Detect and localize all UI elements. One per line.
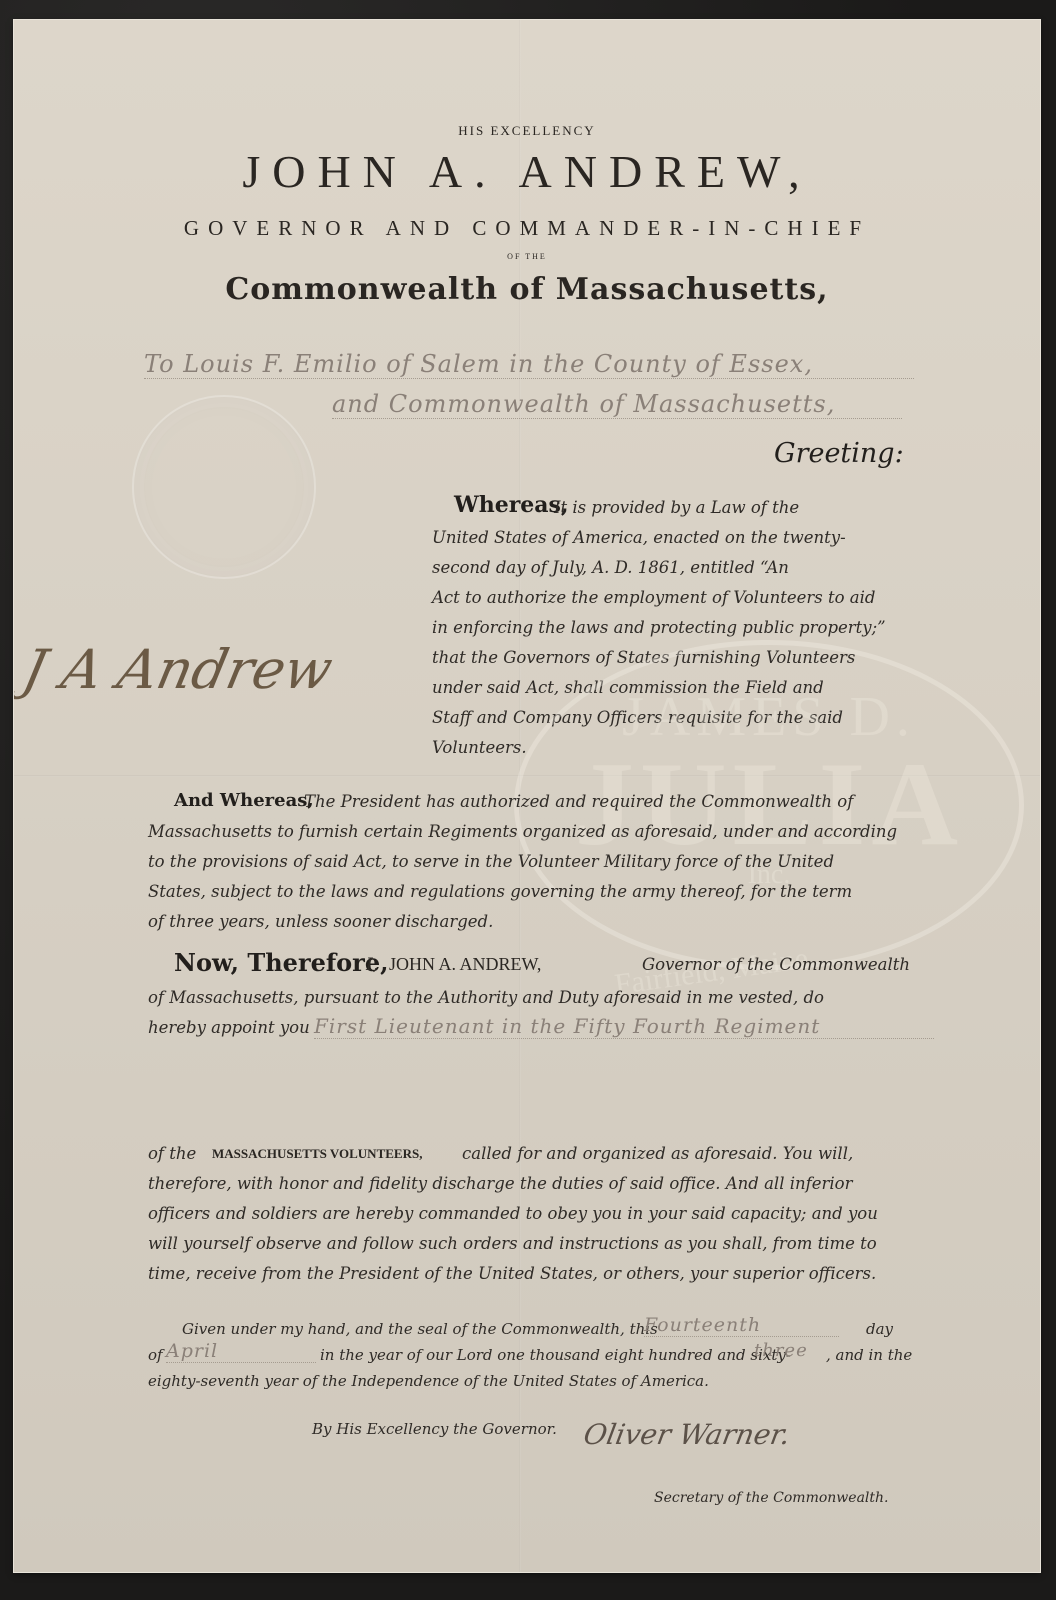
horizontal-fold xyxy=(14,775,1040,777)
volunteers-line-1: called for and organized as aforesaid. Y… xyxy=(462,1144,853,1163)
header-governor-name: JOHN A. ANDREW, xyxy=(14,145,1040,198)
whereas-line-2: second day of July, A. D. 1861, entitled… xyxy=(432,558,789,577)
volunteers-line-2: therefore, with honor and fidelity disch… xyxy=(148,1174,853,1193)
embossed-seal-icon xyxy=(132,395,316,579)
given-month: April xyxy=(166,1340,316,1363)
secretary-signature: Oliver Warner. xyxy=(581,1418,793,1451)
secretary-title: Secretary of the Commonwealth. xyxy=(654,1490,888,1506)
and-whereas-line-0: The President has authorized and require… xyxy=(304,792,853,811)
by-his-excellency: By His Excellency the Governor. xyxy=(312,1420,557,1438)
appointment-rank: First Lieutenant in the Fifty Fourth Reg… xyxy=(314,1014,934,1039)
addressee-line-2: and Commonwealth of Massachusetts, xyxy=(332,390,902,419)
volunteers-prefix: of the xyxy=(148,1144,196,1163)
now-therefore-line-3-prefix: hereby appoint you xyxy=(148,1018,310,1037)
given-line-1-suffix: day xyxy=(866,1320,893,1338)
now-therefore-line-1: Governor of the Commonwealth xyxy=(642,955,910,974)
now-therefore-name: JOHN A. ANDREW, xyxy=(389,954,541,975)
whereas-line-7: Staff and Company Officers requisite for… xyxy=(432,708,843,727)
header-title: GOVERNOR AND COMMANDER-IN-CHIEF xyxy=(14,216,1040,241)
given-line-2-mid: in the year of our Lord one thousand eig… xyxy=(320,1346,791,1364)
given-year: three xyxy=(754,1340,808,1361)
whereas-line-8: Volunteers. xyxy=(432,738,527,757)
and-whereas-line-2: to the provisions of said Act, to serve … xyxy=(148,852,834,871)
volunteers-caps: MASSACHUSETTS VOLUNTEERS, xyxy=(212,1146,422,1162)
volunteers-line-3: officers and soldiers are hereby command… xyxy=(148,1204,878,1223)
whereas-line-1: United States of America, enacted on the… xyxy=(432,528,846,547)
given-line-2-suffix: , and in the xyxy=(826,1346,912,1364)
header-his-excellency: HIS EXCELLENCY xyxy=(14,123,1040,139)
addressee-line-1: To Louis F. Emilio of Salem in the Count… xyxy=(144,350,914,379)
given-line-3: eighty-seventh year of the Independence … xyxy=(148,1372,709,1390)
and-whereas-lead: And Whereas, xyxy=(174,790,314,811)
given-line-2-prefix: of xyxy=(148,1346,163,1364)
greeting: Greeting: xyxy=(774,438,904,469)
header-of-the: OF THE xyxy=(14,252,1040,261)
now-therefore-i: I, xyxy=(366,955,378,975)
whereas-line-4: in enforcing the laws and protecting pub… xyxy=(432,618,886,637)
and-whereas-line-4: of three years, unless sooner discharged… xyxy=(148,912,493,931)
now-therefore-lead: Now, Therefore, xyxy=(174,948,388,977)
header-commonwealth: Commonwealth of Massachusetts, xyxy=(14,272,1040,307)
and-whereas-line-3: States, subject to the laws and regulati… xyxy=(148,882,852,901)
whereas-lead: Whereas, xyxy=(454,492,569,518)
whereas-line-5: that the Governors of States furnishing … xyxy=(432,648,855,667)
whereas-line-6: under said Act, shall commission the Fie… xyxy=(432,678,824,697)
commission-document: HIS EXCELLENCY JOHN A. ANDREW, GOVERNOR … xyxy=(14,20,1040,1572)
volunteers-line-5: time, receive from the President of the … xyxy=(148,1264,876,1283)
now-therefore-line-2: of Massachusetts, pursuant to the Author… xyxy=(148,988,824,1007)
whereas-line-0: It is provided by a Law of the xyxy=(554,498,799,517)
given-day: Fourteenth xyxy=(644,1314,839,1337)
governor-signature: J A Andrew xyxy=(17,638,338,701)
and-whereas-line-1: Massachusetts to furnish certain Regimen… xyxy=(148,822,897,841)
given-line-1-prefix: Given under my hand, and the seal of the… xyxy=(182,1320,658,1338)
volunteers-line-4: will yourself observe and follow such or… xyxy=(148,1234,877,1253)
whereas-line-3: Act to authorize the employment of Volun… xyxy=(432,588,875,607)
